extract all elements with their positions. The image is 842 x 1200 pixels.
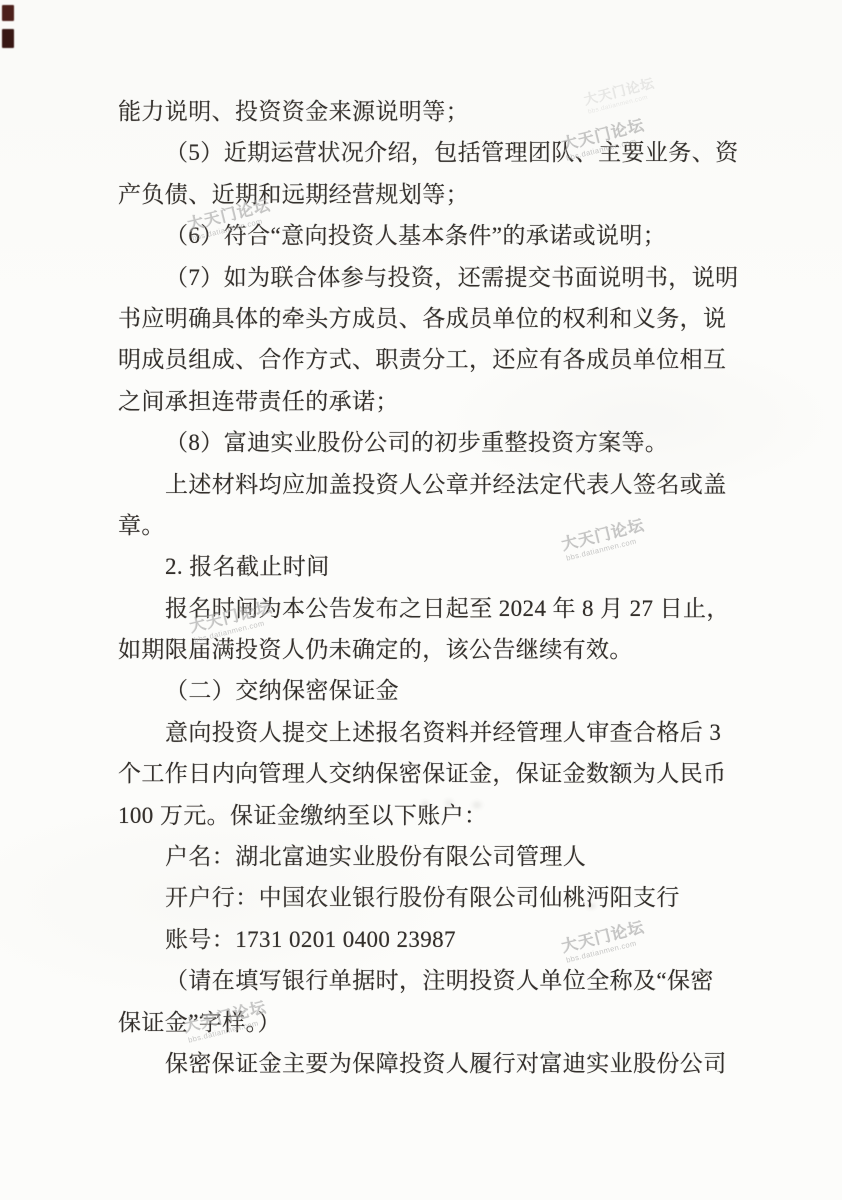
text-line: 账号：1731 0201 0400 23987 xyxy=(118,919,736,960)
text-line: 报名时间为本公告发布之日起至 2024 年 8 月 27 日止， xyxy=(118,588,736,629)
scan-artifact-mark xyxy=(2,5,14,21)
text-line: 保密保证金主要为保障投资人履行对富迪实业股份公司 xyxy=(118,1043,736,1084)
text-line: （二）交纳保密保证金 xyxy=(118,670,736,711)
text-line: 明成员组成、合作方式、职责分工，还应有各成员单位相互 xyxy=(118,339,736,380)
text-line: 上述材料均应加盖投资人公章并经法定代表人签名或盖 xyxy=(118,464,736,505)
text-line: 书应明确具体的牵头方成员、各成员单位的权利和义务，说 xyxy=(118,298,736,339)
text-line: （5）近期运营状况介绍，包括管理团队、主要业务、资 xyxy=(118,132,736,173)
scan-artifact-mark xyxy=(2,29,14,48)
text-line: （请在填写银行单据时，注明投资人单位全称及“保密 xyxy=(118,960,736,1001)
text-line: 意向投资人提交上述报名资料并经管理人审查合格后 3 xyxy=(118,712,736,753)
text-line: 户名：湖北富迪实业股份有限公司管理人 xyxy=(118,836,736,877)
text-line: 开户行：中国农业银行股份有限公司仙桃沔阳支行 xyxy=(118,877,736,918)
text-line: 产负债、近期和远期经营规划等； xyxy=(118,174,736,215)
text-line: 2. 报名截止时间 xyxy=(118,546,736,587)
text-line: 100 万元。保证金缴纳至以下账户： xyxy=(118,795,736,836)
text-line: （7）如为联合体参与投资，还需提交书面说明书，说明 xyxy=(118,257,736,298)
text-line: 如期限届满投资人仍未确定的，该公告继续有效。 xyxy=(118,629,736,670)
text-line: 能力说明、投资资金来源说明等； xyxy=(118,91,736,132)
text-line: 保证金”字样。） xyxy=(118,1002,736,1043)
document-page: 能力说明、投资资金来源说明等； （5）近期运营状况介绍，包括管理团队、主要业务、… xyxy=(0,0,842,1200)
text-line: 个工作日内向管理人交纳保密保证金，保证金数额为人民币 xyxy=(118,753,736,794)
text-line: 章。 xyxy=(118,505,736,546)
document-text-block: 能力说明、投资资金来源说明等； （5）近期运营状况介绍，包括管理团队、主要业务、… xyxy=(118,91,736,1084)
text-line: （6）符合“意向投资人基本条件”的承诺或说明； xyxy=(118,215,736,256)
text-line: 之间承担连带责任的承诺； xyxy=(118,381,736,422)
text-line: （8）富迪实业股份公司的初步重整投资方案等。 xyxy=(118,422,736,463)
